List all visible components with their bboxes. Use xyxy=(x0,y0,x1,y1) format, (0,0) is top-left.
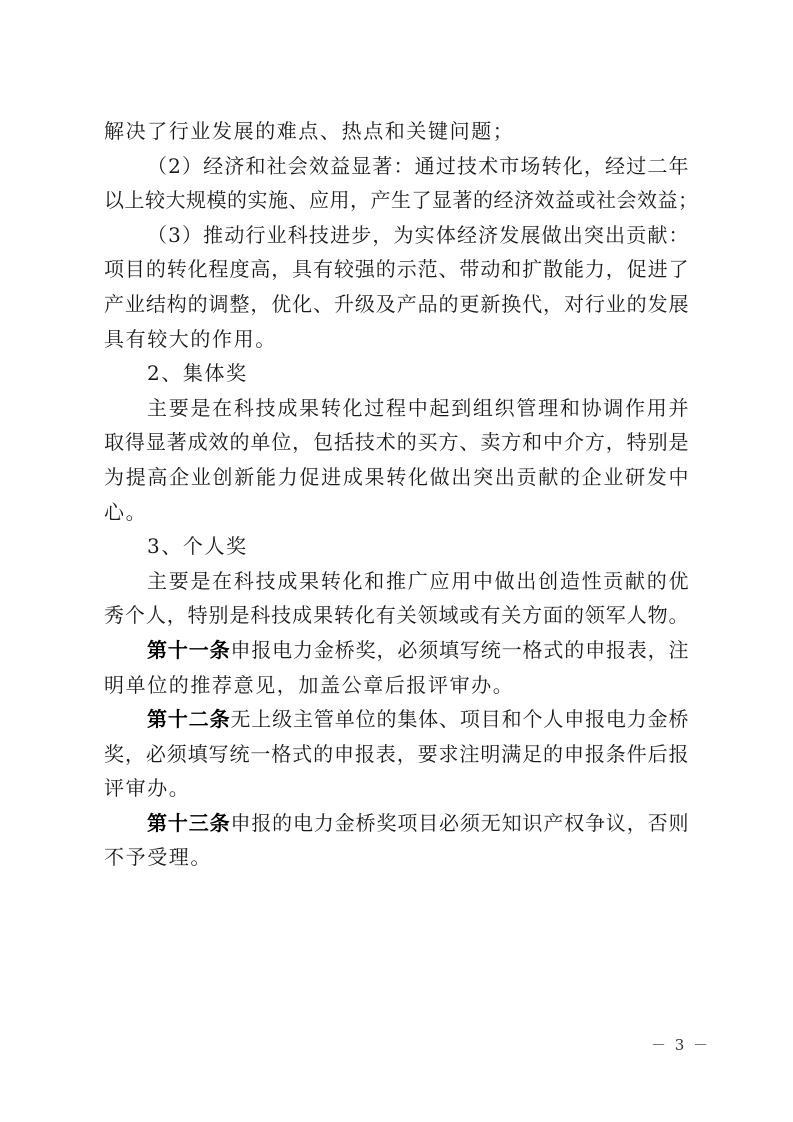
text-line: 第十三条申报的电力金桥奖项目必须无知识产权争议，否则 xyxy=(104,806,689,841)
text-line: 评审办。 xyxy=(104,771,689,806)
text-line: （2）经济和社会效益显著：通过技术市场转化，经过二年 xyxy=(104,149,689,184)
paragraph-h-collective-award: 2、集体奖 xyxy=(104,356,689,391)
line-text: 评审办。 xyxy=(104,776,190,800)
text-line: 奖，必须填写统一格式的申报表，要求注明满足的申报条件后报 xyxy=(104,737,689,772)
text-line: 不予受理。 xyxy=(104,840,689,875)
text-line: 以上较大规模的实施、应用，产生了显著的经济效益或社会效益； xyxy=(104,183,689,218)
line-text: 主要是在科技成果转化和推广应用中做出创造性贡献的优 xyxy=(147,569,689,593)
text-line: 秀个人，特别是科技成果转化有关领域或有关方面的领军人物。 xyxy=(104,598,689,633)
line-text: 无上级主管单位的集体、项目和个人申报电力金桥 xyxy=(230,707,689,731)
paragraph-p-criteria-3: （3）推动行业科技进步，为实体经济发展做出突出贡献：项目的转化程度高，具有较强的… xyxy=(104,218,689,356)
paragraph-p-individual-award: 主要是在科技成果转化和推广应用中做出创造性贡献的优秀个人，特别是科技成果转化有关… xyxy=(104,564,689,633)
text-line: 第十一条申报电力金桥奖，必须填写统一格式的申报表，注 xyxy=(104,633,689,668)
paragraph-p-criteria-1-cont: 解决了行业发展的难点、热点和关键问题； xyxy=(104,114,689,149)
text-line: 明单位的推荐意见，加盖公章后报评审办。 xyxy=(104,668,689,703)
line-text: 秀个人，特别是科技成果转化有关领域或有关方面的领军人物。 xyxy=(104,603,689,627)
line-text: 心。 xyxy=(104,500,147,524)
paragraph-article-13: 第十三条申报的电力金桥奖项目必须无知识产权争议，否则不予受理。 xyxy=(104,806,689,875)
page-number: － 3 － xyxy=(651,1034,710,1055)
line-text: 2、集体奖 xyxy=(147,361,248,385)
text-line: 心。 xyxy=(104,495,689,530)
line-text: 为提高企业创新能力促进成果转化做出突出贡献的企业研发中 xyxy=(104,465,689,489)
text-line: 第十二条无上级主管单位的集体、项目和个人申报电力金桥 xyxy=(104,702,689,737)
line-text: 取得显著成效的单位，包括技术的买方、卖方和中介方，特别是 xyxy=(104,430,689,454)
paragraph-article-11: 第十一条申报电力金桥奖，必须填写统一格式的申报表，注明单位的推荐意见，加盖公章后… xyxy=(104,633,689,702)
line-text: 解决了行业发展的难点、热点和关键问题； xyxy=(104,119,514,143)
line-text: 不予受理。 xyxy=(104,845,212,869)
line-text: 明单位的推荐意见，加盖公章后报评审办。 xyxy=(104,673,514,697)
line-text: 项目的转化程度高，具有较强的示范、带动和扩散能力，促进了 xyxy=(104,257,689,281)
text-line: 主要是在科技成果转化过程中起到组织管理和协调作用并 xyxy=(104,391,689,426)
text-line: 主要是在科技成果转化和推广应用中做出创造性贡献的优 xyxy=(104,564,689,599)
text-line: 取得显著成效的单位，包括技术的买方、卖方和中介方，特别是 xyxy=(104,425,689,460)
line-text: 申报的电力金桥奖项目必须无知识产权争议，否则 xyxy=(230,811,689,835)
article-heading: 第十一条 xyxy=(147,638,230,662)
paragraph-h-individual-award: 3、个人奖 xyxy=(104,529,689,564)
text-line: 项目的转化程度高，具有较强的示范、带动和扩散能力，促进了 xyxy=(104,252,689,287)
text-line: 解决了行业发展的难点、热点和关键问题； xyxy=(104,114,689,149)
line-text: 以上较大规模的实施、应用，产生了显著的经济效益或社会效益； xyxy=(104,188,699,212)
text-line: 产业结构的调整，优化、升级及产品的更新换代，对行业的发展 xyxy=(104,287,689,322)
article-heading: 第十二条 xyxy=(147,707,230,731)
text-line: 2、集体奖 xyxy=(104,356,689,391)
line-text: 申报电力金桥奖，必须填写统一格式的申报表，注 xyxy=(230,638,689,662)
text-line: 3、个人奖 xyxy=(104,529,689,564)
line-text: 3、个人奖 xyxy=(147,534,248,558)
text-line: 具有较大的作用。 xyxy=(104,322,689,357)
line-text: 产业结构的调整，优化、升级及产品的更新换代，对行业的发展 xyxy=(104,292,689,316)
text-line: （3）推动行业科技进步，为实体经济发展做出突出贡献： xyxy=(104,218,689,253)
line-text: 具有较大的作用。 xyxy=(104,327,277,351)
line-text: （3）推动行业科技进步，为实体经济发展做出突出贡献： xyxy=(147,223,689,247)
document-page: 解决了行业发展的难点、热点和关键问题；（2）经济和社会效益显著：通过技术市场转化… xyxy=(0,0,793,1122)
line-text: （2）经济和社会效益显著：通过技术市场转化，经过二年 xyxy=(147,154,689,178)
line-text: 主要是在科技成果转化过程中起到组织管理和协调作用并 xyxy=(147,396,689,420)
text-line: 为提高企业创新能力促进成果转化做出突出贡献的企业研发中 xyxy=(104,460,689,495)
paragraph-article-12: 第十二条无上级主管单位的集体、项目和个人申报电力金桥奖，必须填写统一格式的申报表… xyxy=(104,702,689,806)
document-body: 解决了行业发展的难点、热点和关键问题；（2）经济和社会效益显著：通过技术市场转化… xyxy=(104,114,689,875)
paragraph-p-collective-award: 主要是在科技成果转化过程中起到组织管理和协调作用并取得显著成效的单位，包括技术的… xyxy=(104,391,689,529)
line-text: 奖，必须填写统一格式的申报表，要求注明满足的申报条件后报 xyxy=(104,742,689,766)
article-heading: 第十三条 xyxy=(147,811,230,835)
paragraph-p-criteria-2: （2）经济和社会效益显著：通过技术市场转化，经过二年以上较大规模的实施、应用，产… xyxy=(104,149,689,218)
